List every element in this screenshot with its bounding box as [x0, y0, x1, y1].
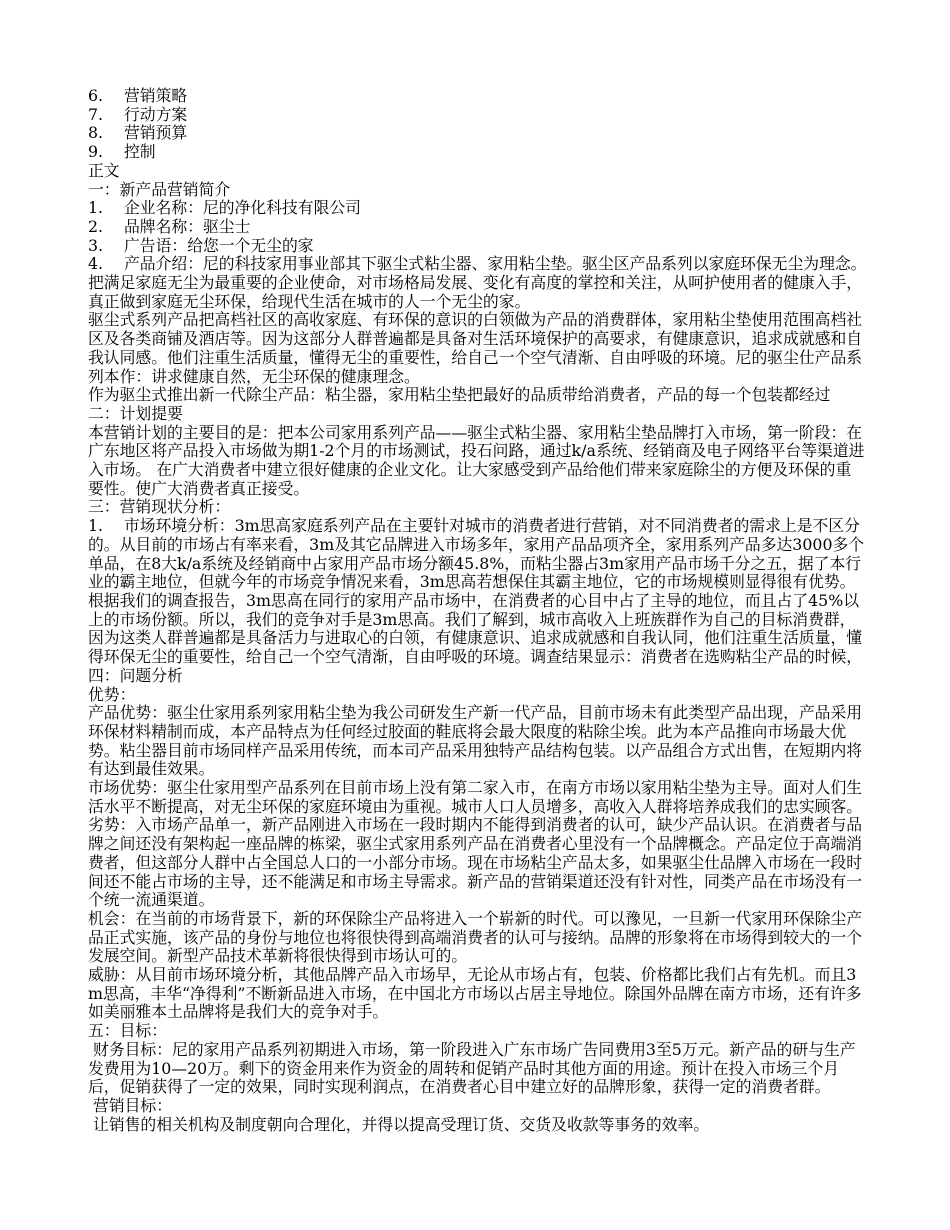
list-text: 营销预算	[124, 123, 187, 142]
paragraph-new-product: 作为驱尘式推出新一代除尘产品：粘尘器，家用粘尘垫把最好的品质带给消费者，产品的每…	[88, 386, 867, 423]
intro-item-brand: 2.品牌名称：驱尘士	[88, 218, 867, 237]
market-env-item: 1.市场环境分析：3m思高家庭系列产品在主要针对城市的消费者进行营销，对不同消费…	[88, 517, 867, 592]
list-number: 6.	[88, 87, 124, 106]
outline-item-8: 8.营销预算	[88, 124, 867, 143]
paragraph-opportunity: 机会：在当前的市场背景下，新的环保除尘产品将进入一个崭新的时代。可以豫见，一旦新…	[88, 910, 867, 966]
list-text: 广告语：给您一个无尘的家	[124, 236, 314, 255]
list-number: 1.	[88, 517, 124, 536]
list-text: 营销策略	[124, 86, 187, 105]
outline-item-9: 9.控制	[88, 143, 867, 162]
paragraph-survey: 根据我们的调查报告，3m思高在同行的家用产品市场中，在消费者的心目中占了主导的地…	[88, 592, 867, 667]
list-number: 9.	[88, 143, 124, 162]
body-marker: 正文	[88, 162, 867, 181]
paragraph-financial-goal: 财务目标：尼的家用产品系列初期进入市场，第一阶段进入广东市场广告同费用3至5万元…	[88, 1041, 867, 1097]
intro-item-company: 1.企业名称：尼的净化科技有限公司	[88, 199, 867, 218]
section-heading-5: 五：目标：	[88, 1022, 867, 1041]
outline-item-7: 7.行动方案	[88, 106, 867, 125]
label-strengths: 优势：	[88, 686, 867, 705]
intro-item-slogan: 3.广告语：给您一个无尘的家	[88, 237, 867, 256]
list-text: 控制	[124, 142, 156, 161]
list-number: 8.	[88, 124, 124, 143]
list-number: 1.	[88, 199, 124, 218]
list-number: 4.	[88, 255, 124, 274]
paragraph-market-strength: 市场优势：驱尘仕家用型产品系列在目前市场上没有第二家入市，在南方市场以家用粘尘垫…	[88, 779, 867, 816]
list-text: 产品介绍：尼的科技家用事业部其下驱尘式粘尘器、家用粘尘垫。驱尘区产品系列以家庭环…	[88, 254, 866, 310]
intro-item-product: 4.产品介绍：尼的科技家用事业部其下驱尘式粘尘器、家用粘尘垫。驱尘区产品系列以家…	[88, 255, 867, 311]
list-text: 市场环境分析：3m思高家庭系列产品在主要针对城市的消费者进行营销，对不同消费者的…	[88, 516, 864, 591]
paragraph-consumer-group: 驱尘式系列产品把高档社区的高收家庭、有环保的意识的白领做为产品的消费群体，家用粘…	[88, 311, 867, 386]
list-text: 行动方案	[124, 105, 187, 124]
list-text: 企业名称：尼的净化科技有限公司	[124, 198, 361, 217]
document-page: 6.营销策略 7.行动方案 8.营销预算 9.控制 正文 一：新产品营销简介 1…	[88, 87, 867, 1134]
section-heading-3: 三：营销现状分析：	[88, 498, 867, 517]
list-number: 2.	[88, 218, 124, 237]
section-heading-4: 四：问题分析	[88, 667, 867, 686]
list-number: 7.	[88, 106, 124, 125]
list-text: 品牌名称：驱尘士	[124, 217, 250, 236]
paragraph-weakness: 劣势：入市场产品单一，新产品刚进入市场在一段时期内不能得到消费者的认可，缺少产品…	[88, 816, 867, 910]
paragraph-threat: 威胁：从目前市场环境分析，其他品牌产品入市场早，无论从市场占有，包装、价格都比我…	[88, 966, 867, 1022]
section-heading-1: 一：新产品营销简介	[88, 181, 867, 200]
paragraph-plan-summary: 本营销计划的主要目的是：把本公司家用系列产品——驱尘式粘尘器、家用粘尘垫品牌打入…	[88, 424, 867, 499]
paragraph-marketing-goal: 让销售的相关机构及制度朝向合理化，并得以提高受理订货、交货及收款等事务的效率。	[88, 1116, 867, 1135]
outline-item-6: 6.营销策略	[88, 87, 867, 106]
paragraph-product-strength: 产品优势：驱尘仕家用系列家用粘尘垫为我公司研发生产新一代产品，目前市场未有此类型…	[88, 704, 867, 779]
list-number: 3.	[88, 237, 124, 256]
label-marketing-goal: 营销目标：	[88, 1097, 867, 1116]
